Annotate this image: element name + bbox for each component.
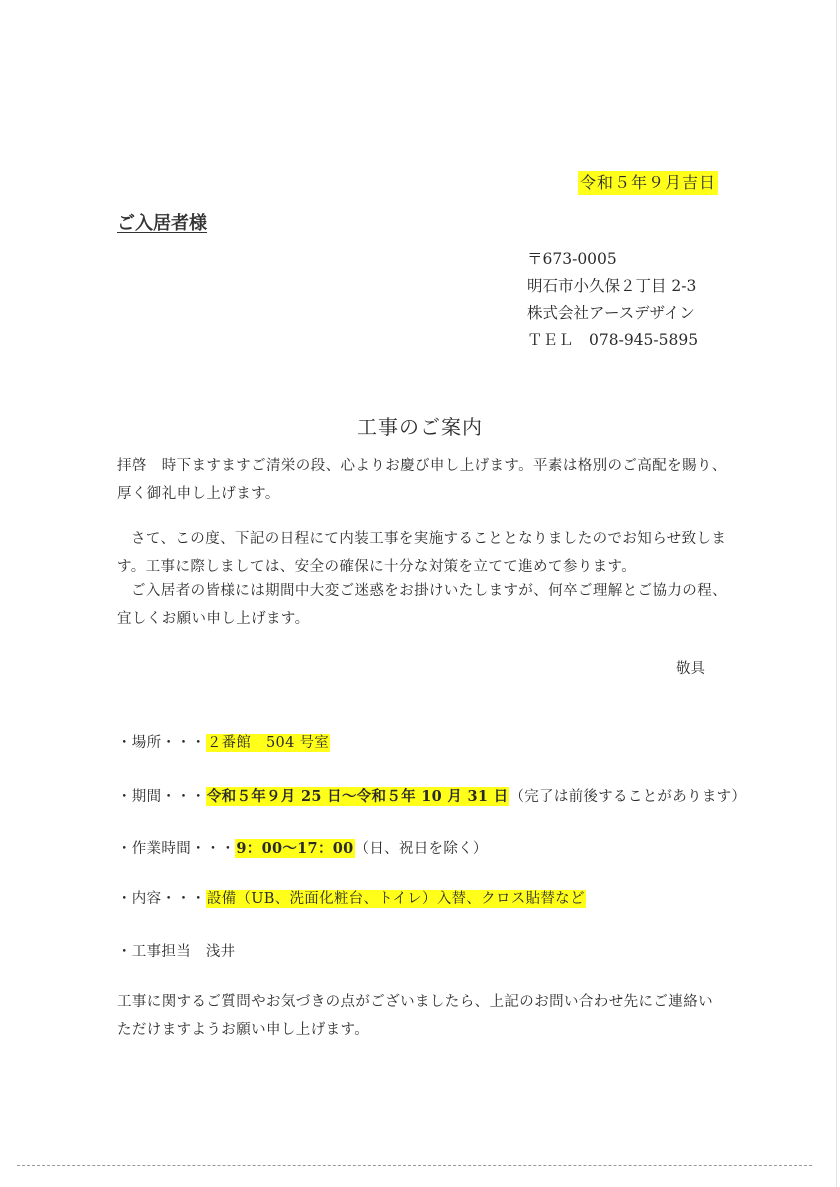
page-edge-line [836, 0, 837, 1187]
detail-period: ・期間・・・令和５年９月 25 日～令和５年 10 月 31 日（完了は前後する… [117, 785, 746, 809]
cut-line-divider [17, 1165, 812, 1166]
document-page: 令和５年９月吉日 ご入居者様 〒673-0005 明石市小久保２丁目 2-3 株… [0, 0, 840, 1187]
contact-paragraph: 工事に関するご質問やお気づきの点がございましたら、上記のお問い合わせ先にご連絡い… [117, 988, 727, 1044]
sender-company: 株式会社アースデザイン [527, 300, 698, 327]
document-title: 工事のご案内 [0, 412, 840, 442]
detail-value: 9：00～17：00 [235, 839, 354, 858]
detail-value: 設備（UB、洗面化粧台、トイレ）入替、クロス貼替など [206, 890, 586, 908]
sender-tel: ＴＥＬ 078-945-5895 [527, 327, 698, 354]
greeting-paragraph: 拝啓 時下ますますご清栄の段、心よりお慶び申し上げます。平素は格別のご高配を賜り… [117, 452, 727, 508]
detail-label: ・内容・・・ [117, 891, 206, 907]
recipient-heading: ご入居者様 [117, 211, 207, 237]
detail-value: 浅井 [206, 944, 236, 960]
detail-person-in-charge: ・工事担当 浅井 [117, 940, 235, 964]
issue-date: 令和５年９月吉日 [578, 171, 718, 195]
detail-work-hours: ・作業時間・・・9：00～17：00（日、祝日を除く） [117, 837, 488, 861]
detail-content: ・内容・・・設備（UB、洗面化粧台、トイレ）入替、クロス貼替など [117, 887, 586, 911]
sender-address: 明石市小久保２丁目 2-3 [527, 273, 698, 300]
sender-block: 〒673-0005 明石市小久保２丁目 2-3 株式会社アースデザイン ＴＥＬ … [527, 246, 698, 354]
detail-label: ・工事担当 [117, 944, 206, 960]
detail-note: （完了は前後することがあります） [509, 789, 746, 805]
detail-location: ・場所・・・２番館 504 号室 [117, 731, 330, 755]
sender-postal-code: 〒673-0005 [527, 246, 698, 273]
detail-note: （日、祝日を除く） [355, 841, 488, 857]
detail-label: ・期間・・・ [117, 789, 206, 805]
detail-value: 令和５年９月 25 日～令和５年 10 月 31 日 [206, 787, 510, 806]
notice-paragraph: さて、この度、下記の日程にて内装工事を実施することとなりましたのでお知らせ致しま… [117, 525, 727, 581]
closing-phrase: 敬具 [676, 655, 705, 683]
apology-paragraph: ご入居者の皆様には期間中大変ご迷惑をお掛けいたしますが、何卒ご理解とご協力の程、… [117, 577, 727, 633]
detail-label: ・場所・・・ [117, 735, 206, 751]
detail-label: ・作業時間・・・ [117, 841, 235, 857]
detail-value: ２番館 504 号室 [206, 734, 330, 752]
